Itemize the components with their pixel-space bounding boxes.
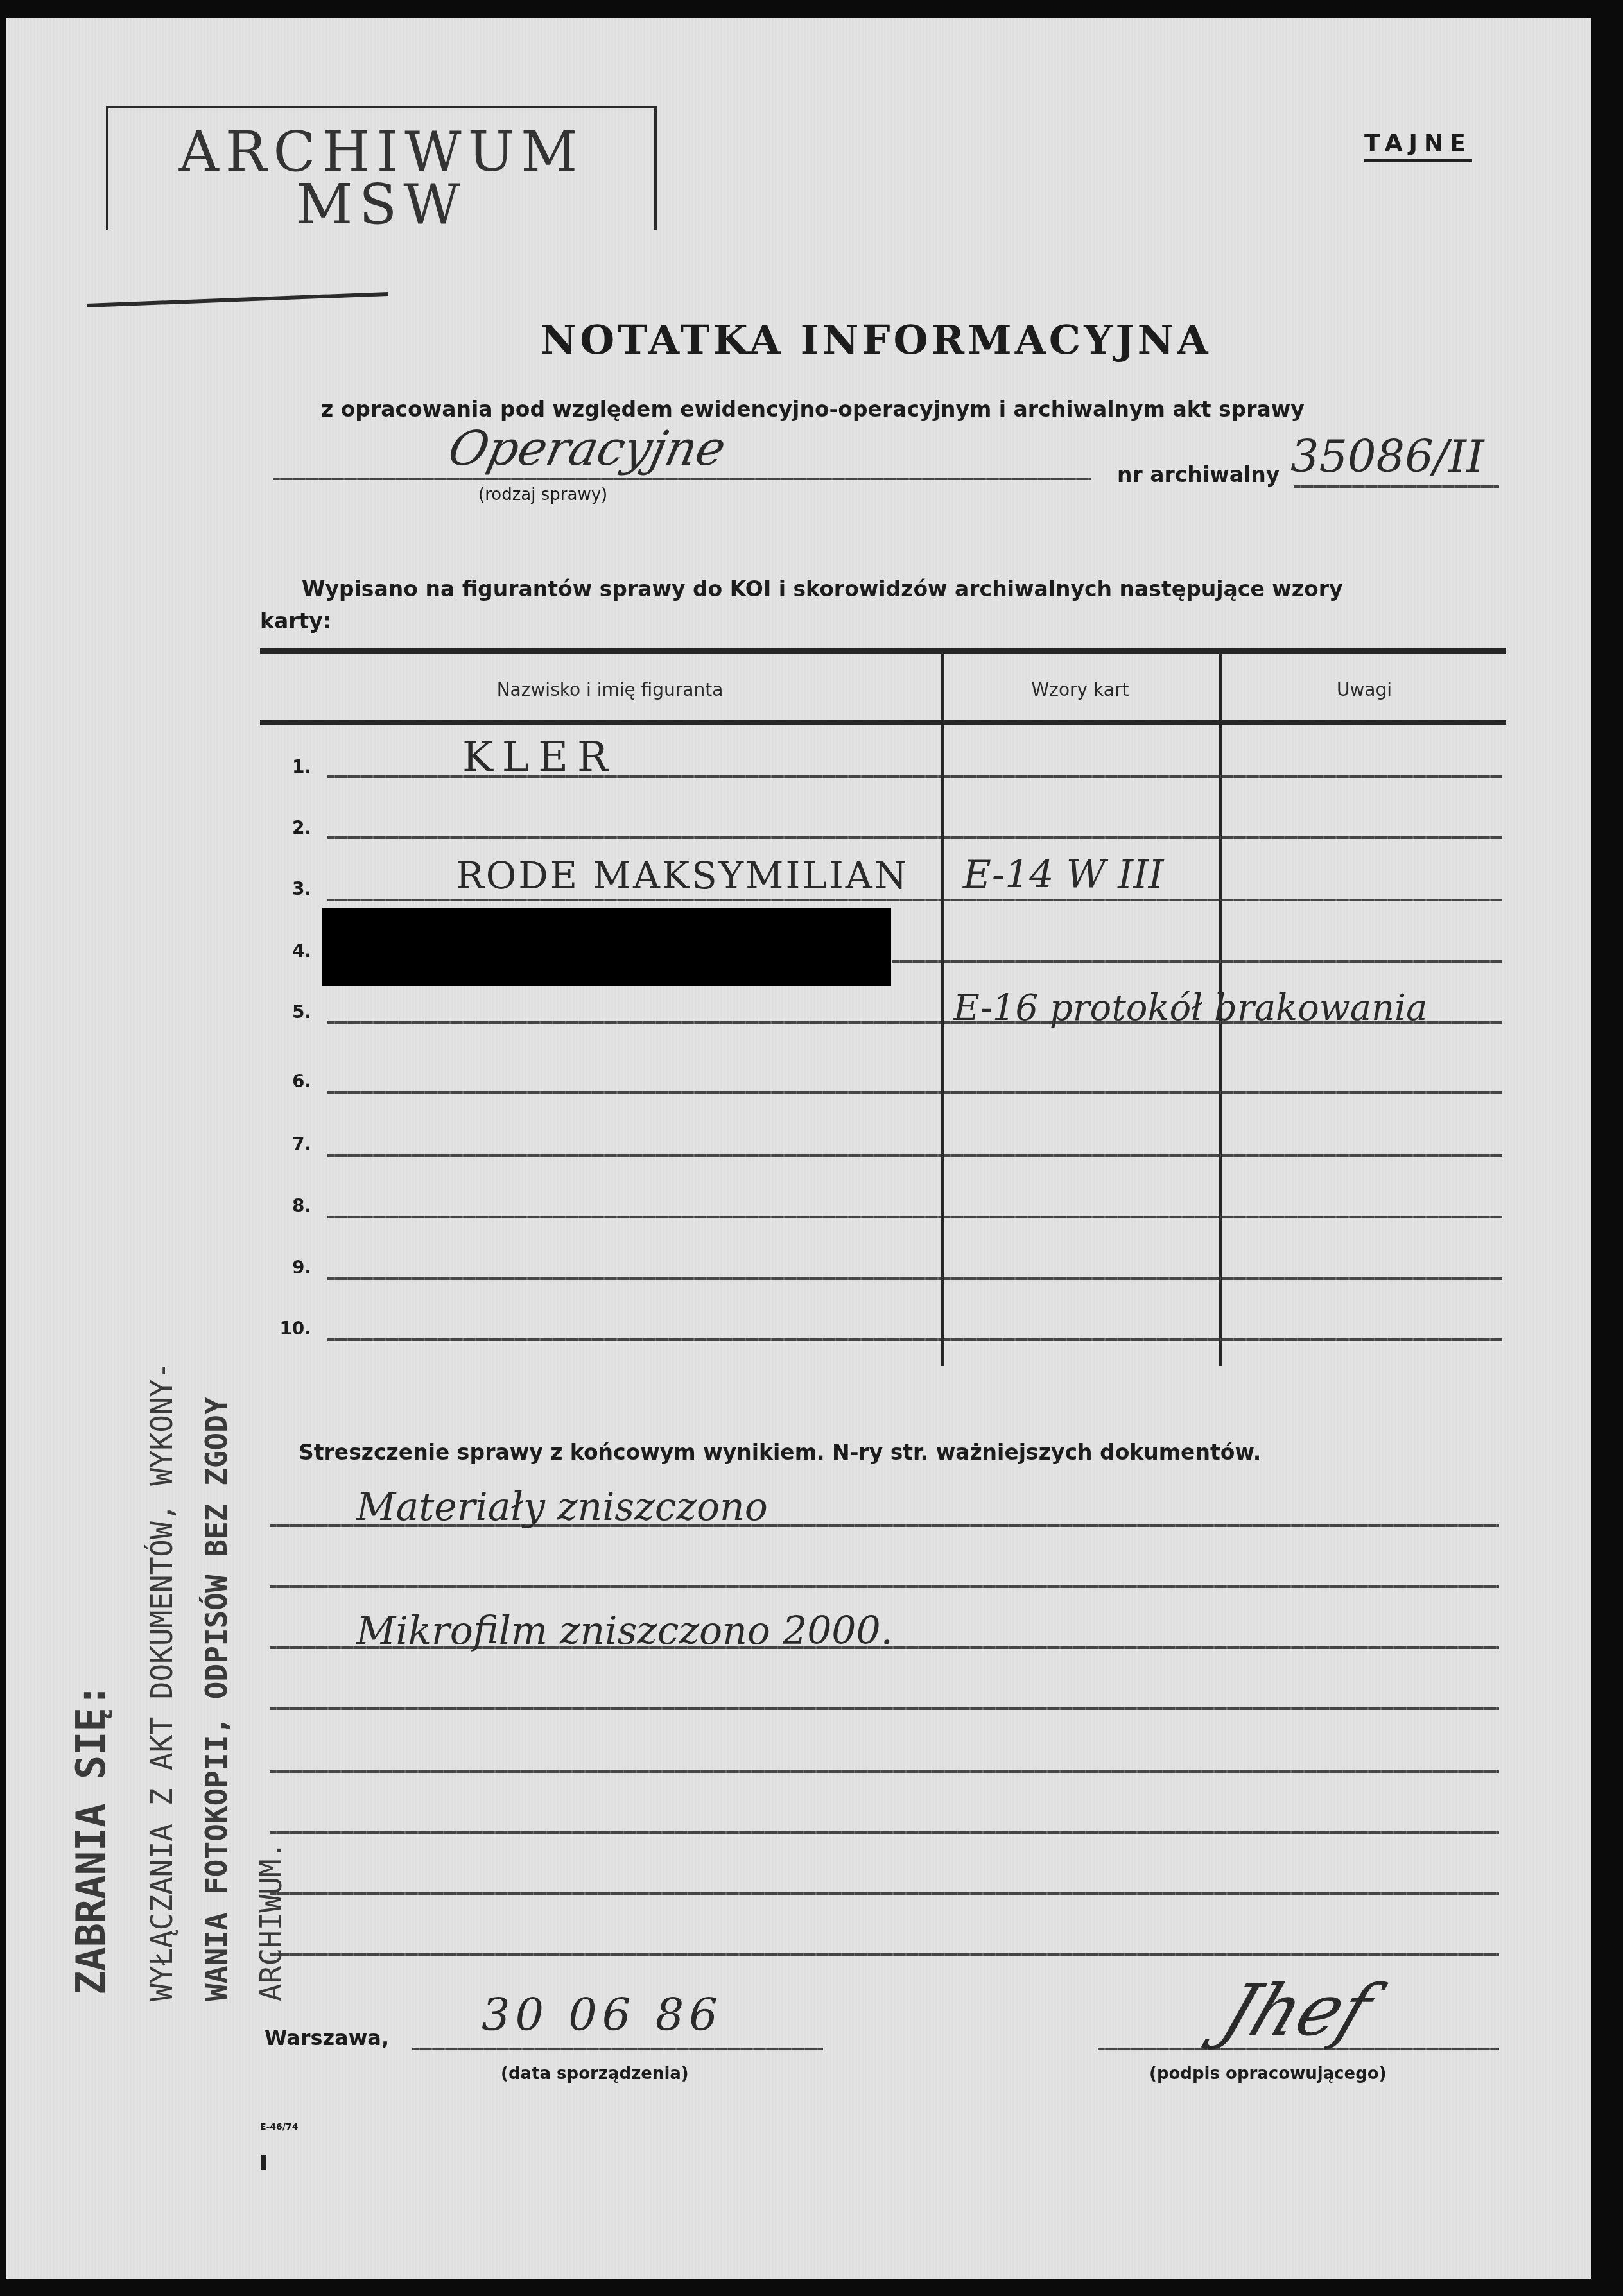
table-header-name: Nazwisko i imię figuranta <box>282 679 937 700</box>
table-header-notes: Uwagi <box>1223 679 1506 700</box>
side-stamp-line4: ARCHIWUM. <box>254 1842 288 2001</box>
summary-line <box>270 1646 1499 1649</box>
table-header-cards: Wzory kart <box>944 679 1217 700</box>
redaction-bar <box>322 908 891 986</box>
row-line <box>327 899 1502 901</box>
row-line <box>327 1338 1502 1341</box>
side-stamp-line3: WANIA FOTOKOPII, ODPISÓW BEZ ZGODY <box>199 1397 234 2001</box>
side-stamp-line1: ZABRANIA SIĘ: <box>67 1684 114 1995</box>
side-stamp-line2: WYŁĄCZANIA Z AKT DOKUMENTÓW, WYKONY- <box>144 1361 179 2001</box>
row-number: 10. <box>266 1318 311 1339</box>
row-line <box>327 1216 1502 1218</box>
summary-line <box>270 1585 1499 1588</box>
pen-stroke <box>87 292 388 307</box>
table-top-rule <box>260 648 1506 654</box>
row-line <box>327 775 1502 778</box>
row-line <box>327 1154 1502 1157</box>
row-line <box>327 1091 1502 1094</box>
card-types: E-14 W III <box>963 852 1163 897</box>
summary-line <box>270 1707 1499 1710</box>
date-line <box>412 2048 823 2050</box>
row-number: 9. <box>266 1257 311 1278</box>
table-col-divider-1 <box>941 650 944 1366</box>
figurant-name: RODE MAKSYMILIAN <box>456 854 908 897</box>
place-label: Warszawa, <box>265 2026 389 2050</box>
archive-number-label: nr archiwalny <box>1117 462 1280 487</box>
row-line <box>327 1277 1502 1280</box>
row-number: 6. <box>266 1071 311 1092</box>
intro-line2: karty: <box>260 609 331 634</box>
row-number: 8. <box>266 1195 311 1216</box>
classification-label: TAJNE <box>1364 130 1472 162</box>
form-code: E-46/74 <box>260 2122 298 2132</box>
row-number: 5. <box>266 1001 311 1023</box>
intro-line1: Wypisano na figurantów sprawy do KOI i s… <box>302 576 1342 601</box>
case-type-line <box>273 478 1091 480</box>
row-line <box>327 836 1502 839</box>
archive-stamp: ARCHIWUM MSW <box>106 106 657 230</box>
summary-line <box>270 1892 1499 1895</box>
archive-number-line <box>1294 485 1499 488</box>
summary-line <box>270 1953 1499 1956</box>
row-number: 3. <box>266 878 311 899</box>
row-line <box>327 1021 1502 1024</box>
figurant-name: KLER <box>462 734 617 781</box>
case-type-caption: (rodzaj sprawy) <box>478 485 607 505</box>
document-title: NOTATKA INFORMACYJNA <box>6 316 1591 363</box>
row-number: 1. <box>266 756 311 777</box>
summary-line <box>270 1831 1499 1834</box>
row-line <box>892 960 1502 963</box>
form-mark <box>261 2155 266 2170</box>
row-number: 2. <box>266 817 311 838</box>
date-value: 30 06 86 <box>482 1989 723 2041</box>
row-number: 7. <box>266 1134 311 1155</box>
document-page: ARCHIWUM MSW TAJNE NOTATKA INFORMACYJNA … <box>6 18 1591 2279</box>
summary-line <box>270 1770 1499 1773</box>
archive-number-value: 35086/II <box>1290 430 1484 483</box>
signature-line <box>1098 2048 1499 2050</box>
summary-heading: Streszczenie sprawy z końcowym wynikiem.… <box>299 1440 1261 1465</box>
case-type-value: Operacyjne <box>444 421 731 476</box>
archive-stamp-line2: MSW <box>108 173 654 237</box>
row-number: 4. <box>266 940 311 962</box>
summary-line <box>270 1524 1499 1527</box>
document-subtitle: z opracowania pod względem ewidencyjno-o… <box>321 397 1305 422</box>
table-header-rule <box>260 720 1506 725</box>
signature-caption: (podpis opracowującego) <box>1149 2064 1387 2084</box>
date-caption: (data sporządzenia) <box>501 2064 689 2084</box>
summary-line-1: Materiały zniszczono <box>356 1485 768 1530</box>
signature: Jhef <box>1211 1969 1383 2051</box>
